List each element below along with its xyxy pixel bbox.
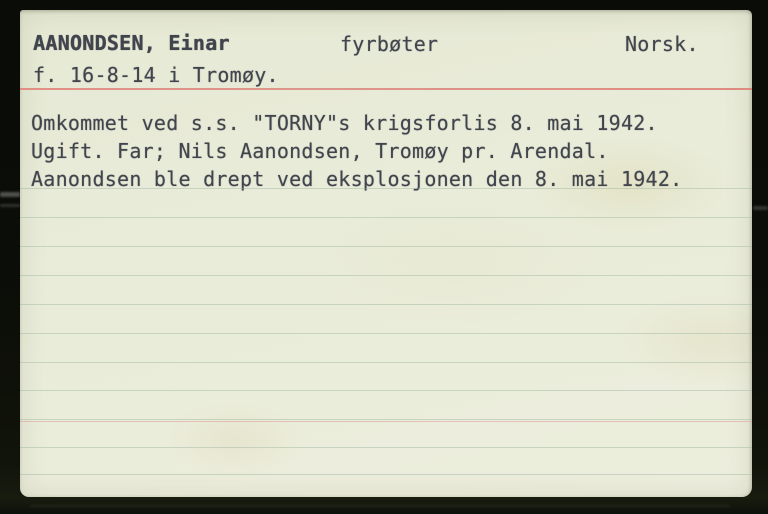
red-header-rule bbox=[20, 88, 752, 90]
ruled-line bbox=[20, 333, 752, 334]
scan-artifact-streak bbox=[0, 204, 20, 207]
card-occupation: fyrbøter bbox=[340, 32, 438, 56]
ruled-line bbox=[20, 362, 752, 363]
card-body-line: Omkommet ved s.s. "TORNY"s krigsforlis 8… bbox=[31, 111, 658, 135]
scan-artifact-streak bbox=[0, 192, 20, 197]
ruled-line bbox=[20, 419, 752, 420]
ruled-line bbox=[20, 275, 752, 276]
pink-ruled-line bbox=[20, 421, 752, 422]
ruled-line bbox=[20, 304, 752, 305]
card-birth-line: f. 16-8-14 i Tromøy. bbox=[33, 63, 279, 87]
card-body-line: Ugift. Far; Nils Aanondsen, Tromøy pr. A… bbox=[31, 139, 609, 163]
ruled-line bbox=[20, 188, 752, 189]
scan-artifact-streak bbox=[30, 505, 730, 507]
ruled-line bbox=[20, 217, 752, 218]
ruled-line bbox=[20, 390, 752, 391]
ruled-line bbox=[20, 246, 752, 247]
index-card: AANONDSEN, Einar fyrbøter Norsk. f. 16-8… bbox=[20, 10, 752, 497]
scan-artifact-streak bbox=[753, 206, 768, 210]
card-nationality: Norsk. bbox=[625, 32, 699, 56]
scan-background: AANONDSEN, Einar fyrbøter Norsk. f. 16-8… bbox=[0, 0, 768, 514]
card-name: AANONDSEN, Einar bbox=[33, 31, 230, 55]
ruled-line bbox=[20, 474, 752, 475]
ruled-line bbox=[20, 447, 752, 448]
